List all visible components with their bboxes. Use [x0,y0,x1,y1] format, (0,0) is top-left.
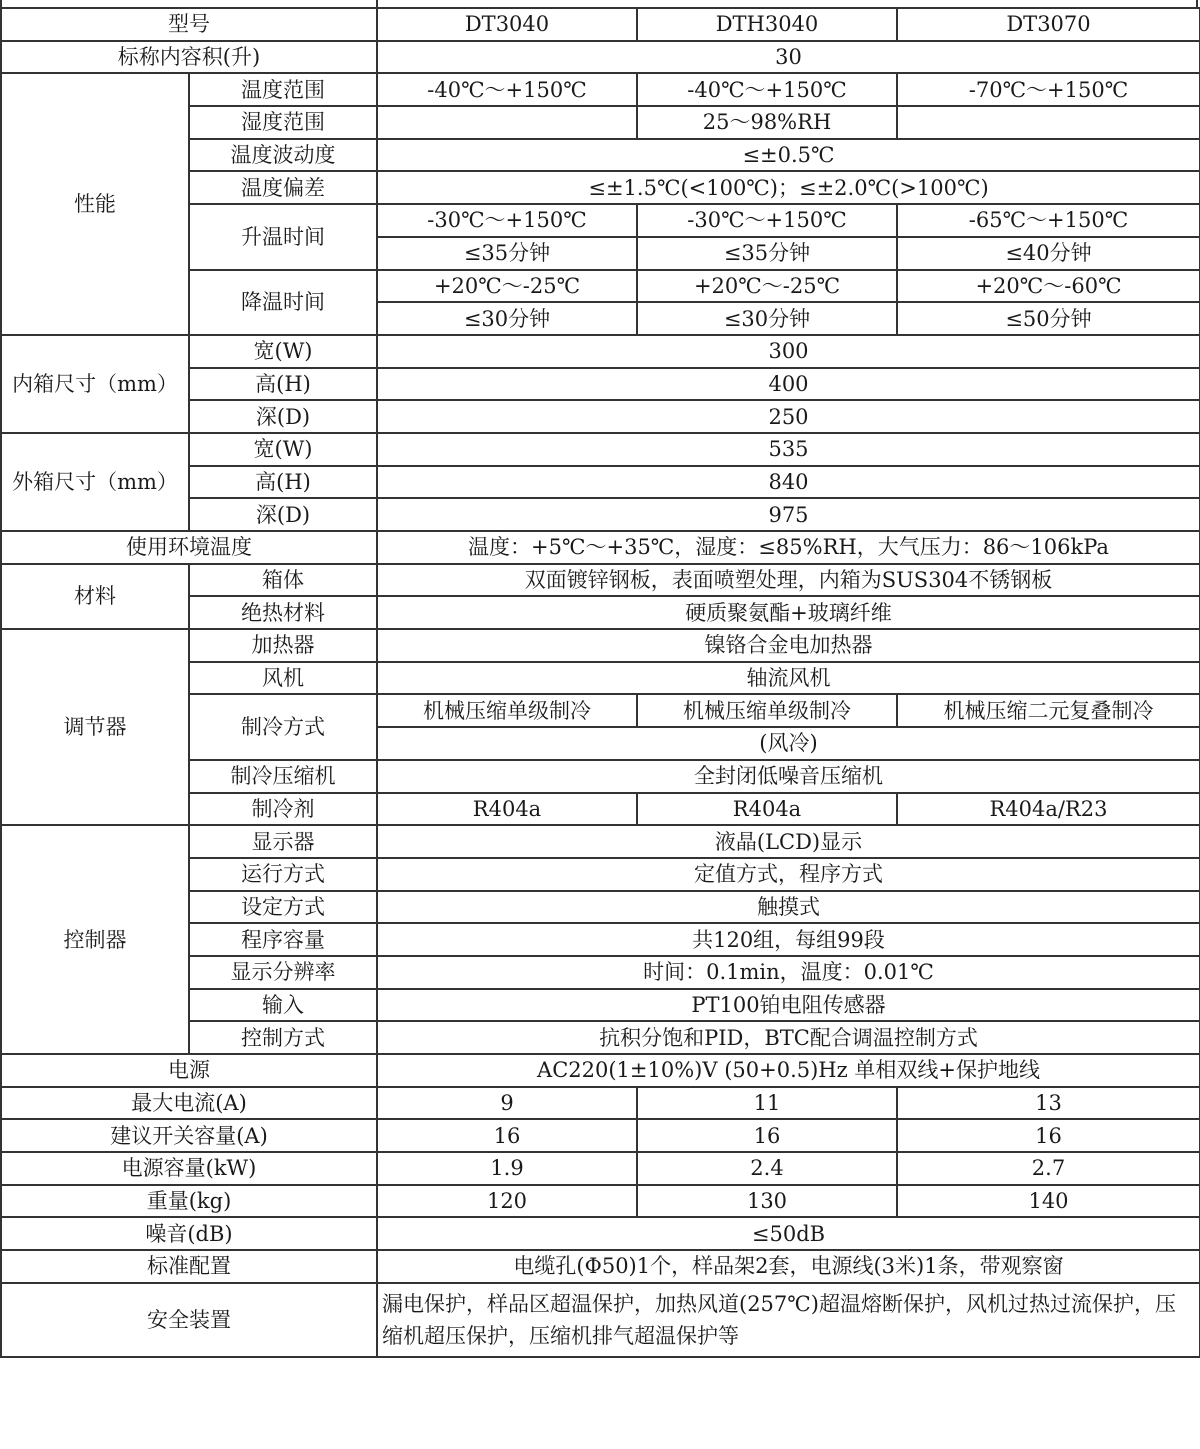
table-row-weight: 重量(kg) 120 130 140 [1,1185,1200,1218]
spec-table: 型号 DT3040 DTH3040 DT3070 标称内容积(升) 30 性能 … [0,7,1200,1358]
cell-value: 2.7 [897,1152,1200,1185]
table-row-standard-config: 标准配置 电缆孔(Φ50)1个，样品架2套，电源线(3米)1条，带观察窗 [1,1250,1200,1283]
cell-value: 时间：0.1min，温度：0.01℃ [377,956,1200,989]
row-label: 安全装置 [1,1283,377,1357]
cell-value: 全封闭低噪音压缩机 [377,760,1200,793]
cell-value [897,106,1200,139]
row-label: 建议开关容量(A) [1,1119,377,1152]
group-label: 控制器 [1,825,189,1054]
cell-value: 镍铬合金电加热器 [377,629,1200,662]
cell-value: AC220(1±10%)V (50+0.5)Hz 单相双线+保护地线 [377,1054,1200,1087]
row-label: 标称内容积(升) [1,41,377,74]
row-label: 程序容量 [189,923,377,956]
cell-value: 液晶(LCD)显示 [377,825,1200,858]
row-label: 高(H) [189,368,377,401]
row-label: 显示分辨率 [189,956,377,989]
cell-value: 975 [377,498,1200,531]
table-row-temp-range: 性能 温度范围 -40℃～+150℃ -40℃～+150℃ -70℃～+150℃ [1,73,1200,106]
row-label: 控制方式 [189,1021,377,1054]
cell-value: 机械压缩单级制冷 [637,694,897,727]
row-label: 宽(W) [189,433,377,466]
row-label: 电源 [1,1054,377,1087]
table-row-display: 控制器 显示器 液晶(LCD)显示 [1,825,1200,858]
row-label: 使用环境温度 [1,531,377,564]
cell-value: 抗积分饱和PID，BTC配合调温控制方式 [377,1021,1200,1054]
cell-value: -40℃～+150℃ [637,73,897,106]
table-row-material-body: 材料 箱体 双面镀锌钢板，表面喷塑处理，内箱为SUS304不锈钢板 [1,564,1200,597]
cell-value: R404a [377,793,637,826]
cell-value: ≤40分钟 [897,237,1200,270]
cell-value: +20℃～-25℃ [637,270,897,303]
row-label: 型号 [1,8,377,41]
cell-value: 13 [897,1087,1200,1120]
cell-value: 11 [637,1087,897,1120]
cell-value: -30℃～+150℃ [377,204,637,237]
group-label: 调节器 [1,629,189,825]
group-label: 性能 [1,73,189,335]
cell-value: R404a [637,793,897,826]
cell-value: 定值方式，程序方式 [377,858,1200,891]
table-row-power: 电源 AC220(1±10%)V (50+0.5)Hz 单相双线+保护地线 [1,1054,1200,1087]
cell-value: 双面镀锌钢板，表面喷塑处理，内箱为SUS304不锈钢板 [377,564,1200,597]
cell-value: ≤±1.5℃(<100℃)；≤±2.0℃(>100℃) [377,171,1200,204]
table-row-safety: 安全装置 漏电保护，样品区超温保护，加热风道(257℃)超温熔断保护，风机过热过… [1,1283,1200,1357]
model-name: DT3040 [377,8,637,41]
cell-value: -70℃～+150℃ [897,73,1200,106]
row-label: 高(H) [189,466,377,499]
cell-value: 漏电保护，样品区超温保护，加热风道(257℃)超温熔断保护，风机过热过流保护，压… [377,1283,1200,1357]
cell-value: 2.4 [637,1152,897,1185]
row-label: 箱体 [189,564,377,597]
cell-value: 400 [377,368,1200,401]
cell-value: ≤±0.5℃ [377,139,1200,172]
row-label: 噪音(dB) [1,1217,377,1250]
row-label: 湿度范围 [189,106,377,139]
cell-value: +20℃～-60℃ [897,270,1200,303]
cell-value: ≤35分钟 [637,237,897,270]
row-label: 运行方式 [189,858,377,891]
row-label: 深(D) [189,498,377,531]
row-label: 最大电流(A) [1,1087,377,1120]
cell-value: -65℃～+150℃ [897,204,1200,237]
row-label: 温度范围 [189,73,377,106]
table-row-outer-width: 外箱尺寸（mm） 宽(W) 535 [1,433,1200,466]
cell-value: ≤30分钟 [637,302,897,335]
table-top-edge [0,0,1198,7]
cell-value: 1.9 [377,1152,637,1185]
cell-value: ≤30分钟 [377,302,637,335]
row-label: 深(D) [189,400,377,433]
table-row-environment: 使用环境温度 温度：+5℃～+35℃，湿度：≤85%RH，大气压力：86～106… [1,531,1200,564]
cell-value: +20℃～-25℃ [377,270,637,303]
cell-value [377,106,637,139]
row-label: 温度偏差 [189,171,377,204]
row-label: 升温时间 [189,204,377,269]
table-row-volume: 标称内容积(升) 30 [1,41,1200,74]
table-row-power-capacity: 电源容量(kW) 1.9 2.4 2.7 [1,1152,1200,1185]
row-label: 电源容量(kW) [1,1152,377,1185]
row-label: 标准配置 [1,1250,377,1283]
cell-value: (风冷) [377,727,1200,760]
cell-value: ≤50分钟 [897,302,1200,335]
table-row-switch-capacity: 建议开关容量(A) 16 16 16 [1,1119,1200,1152]
row-label: 降温时间 [189,270,377,335]
row-label: 输入 [189,989,377,1022]
table-row-model: 型号 DT3040 DTH3040 DT3070 [1,8,1200,41]
cell-value: R404a/R23 [897,793,1200,826]
cell-value: 16 [897,1119,1200,1152]
cell-value: 触摸式 [377,891,1200,924]
model-name: DT3070 [897,8,1200,41]
table-row-inner-width: 内箱尺寸（mm） 宽(W) 300 [1,335,1200,368]
cell-value: ≤50dB [377,1217,1200,1250]
cell-value: 130 [637,1185,897,1218]
row-label: 制冷压缩机 [189,760,377,793]
cell-value: 9 [377,1087,637,1120]
table-row-noise: 噪音(dB) ≤50dB [1,1217,1200,1250]
row-label: 绝热材料 [189,596,377,629]
cell-value: 30 [377,41,1200,74]
cell-value: 25～98%RH [637,106,897,139]
group-label: 材料 [1,564,189,629]
cell-value: 电缆孔(Φ50)1个，样品架2套，电源线(3米)1条，带观察窗 [377,1250,1200,1283]
row-label: 显示器 [189,825,377,858]
cell-value: 840 [377,466,1200,499]
row-label: 制冷剂 [189,793,377,826]
row-label: 温度波动度 [189,139,377,172]
cell-value: 535 [377,433,1200,466]
cell-value: 16 [637,1119,897,1152]
cell-value: 机械压缩二元复叠制冷 [897,694,1200,727]
group-label: 外箱尺寸（mm） [1,433,189,531]
table-row-max-current: 最大电流(A) 9 11 13 [1,1087,1200,1120]
row-label: 设定方式 [189,891,377,924]
row-label: 制冷方式 [189,694,377,759]
cell-value: 140 [897,1185,1200,1218]
cell-value: PT100铂电阻传感器 [377,989,1200,1022]
cell-value: ≤35分钟 [377,237,637,270]
group-label: 内箱尺寸（mm） [1,335,189,433]
cell-value: 硬质聚氨酯+玻璃纤维 [377,596,1200,629]
cell-value: 120 [377,1185,637,1218]
row-label: 风机 [189,662,377,695]
row-label: 宽(W) [189,335,377,368]
cell-value: 温度：+5℃～+35℃，湿度：≤85%RH，大气压力：86～106kPa [377,531,1200,564]
cell-value: 16 [377,1119,637,1152]
cell-value: 机械压缩单级制冷 [377,694,637,727]
cell-value: -40℃～+150℃ [377,73,637,106]
row-label: 重量(kg) [1,1185,377,1218]
cell-value: 300 [377,335,1200,368]
cell-value: 共120组，每组99段 [377,923,1200,956]
row-label: 加热器 [189,629,377,662]
model-name: DTH3040 [637,8,897,41]
cell-value: 轴流风机 [377,662,1200,695]
cell-value: 250 [377,400,1200,433]
table-row-heater: 调节器 加热器 镍铬合金电加热器 [1,629,1200,662]
cell-value: -30℃～+150℃ [637,204,897,237]
